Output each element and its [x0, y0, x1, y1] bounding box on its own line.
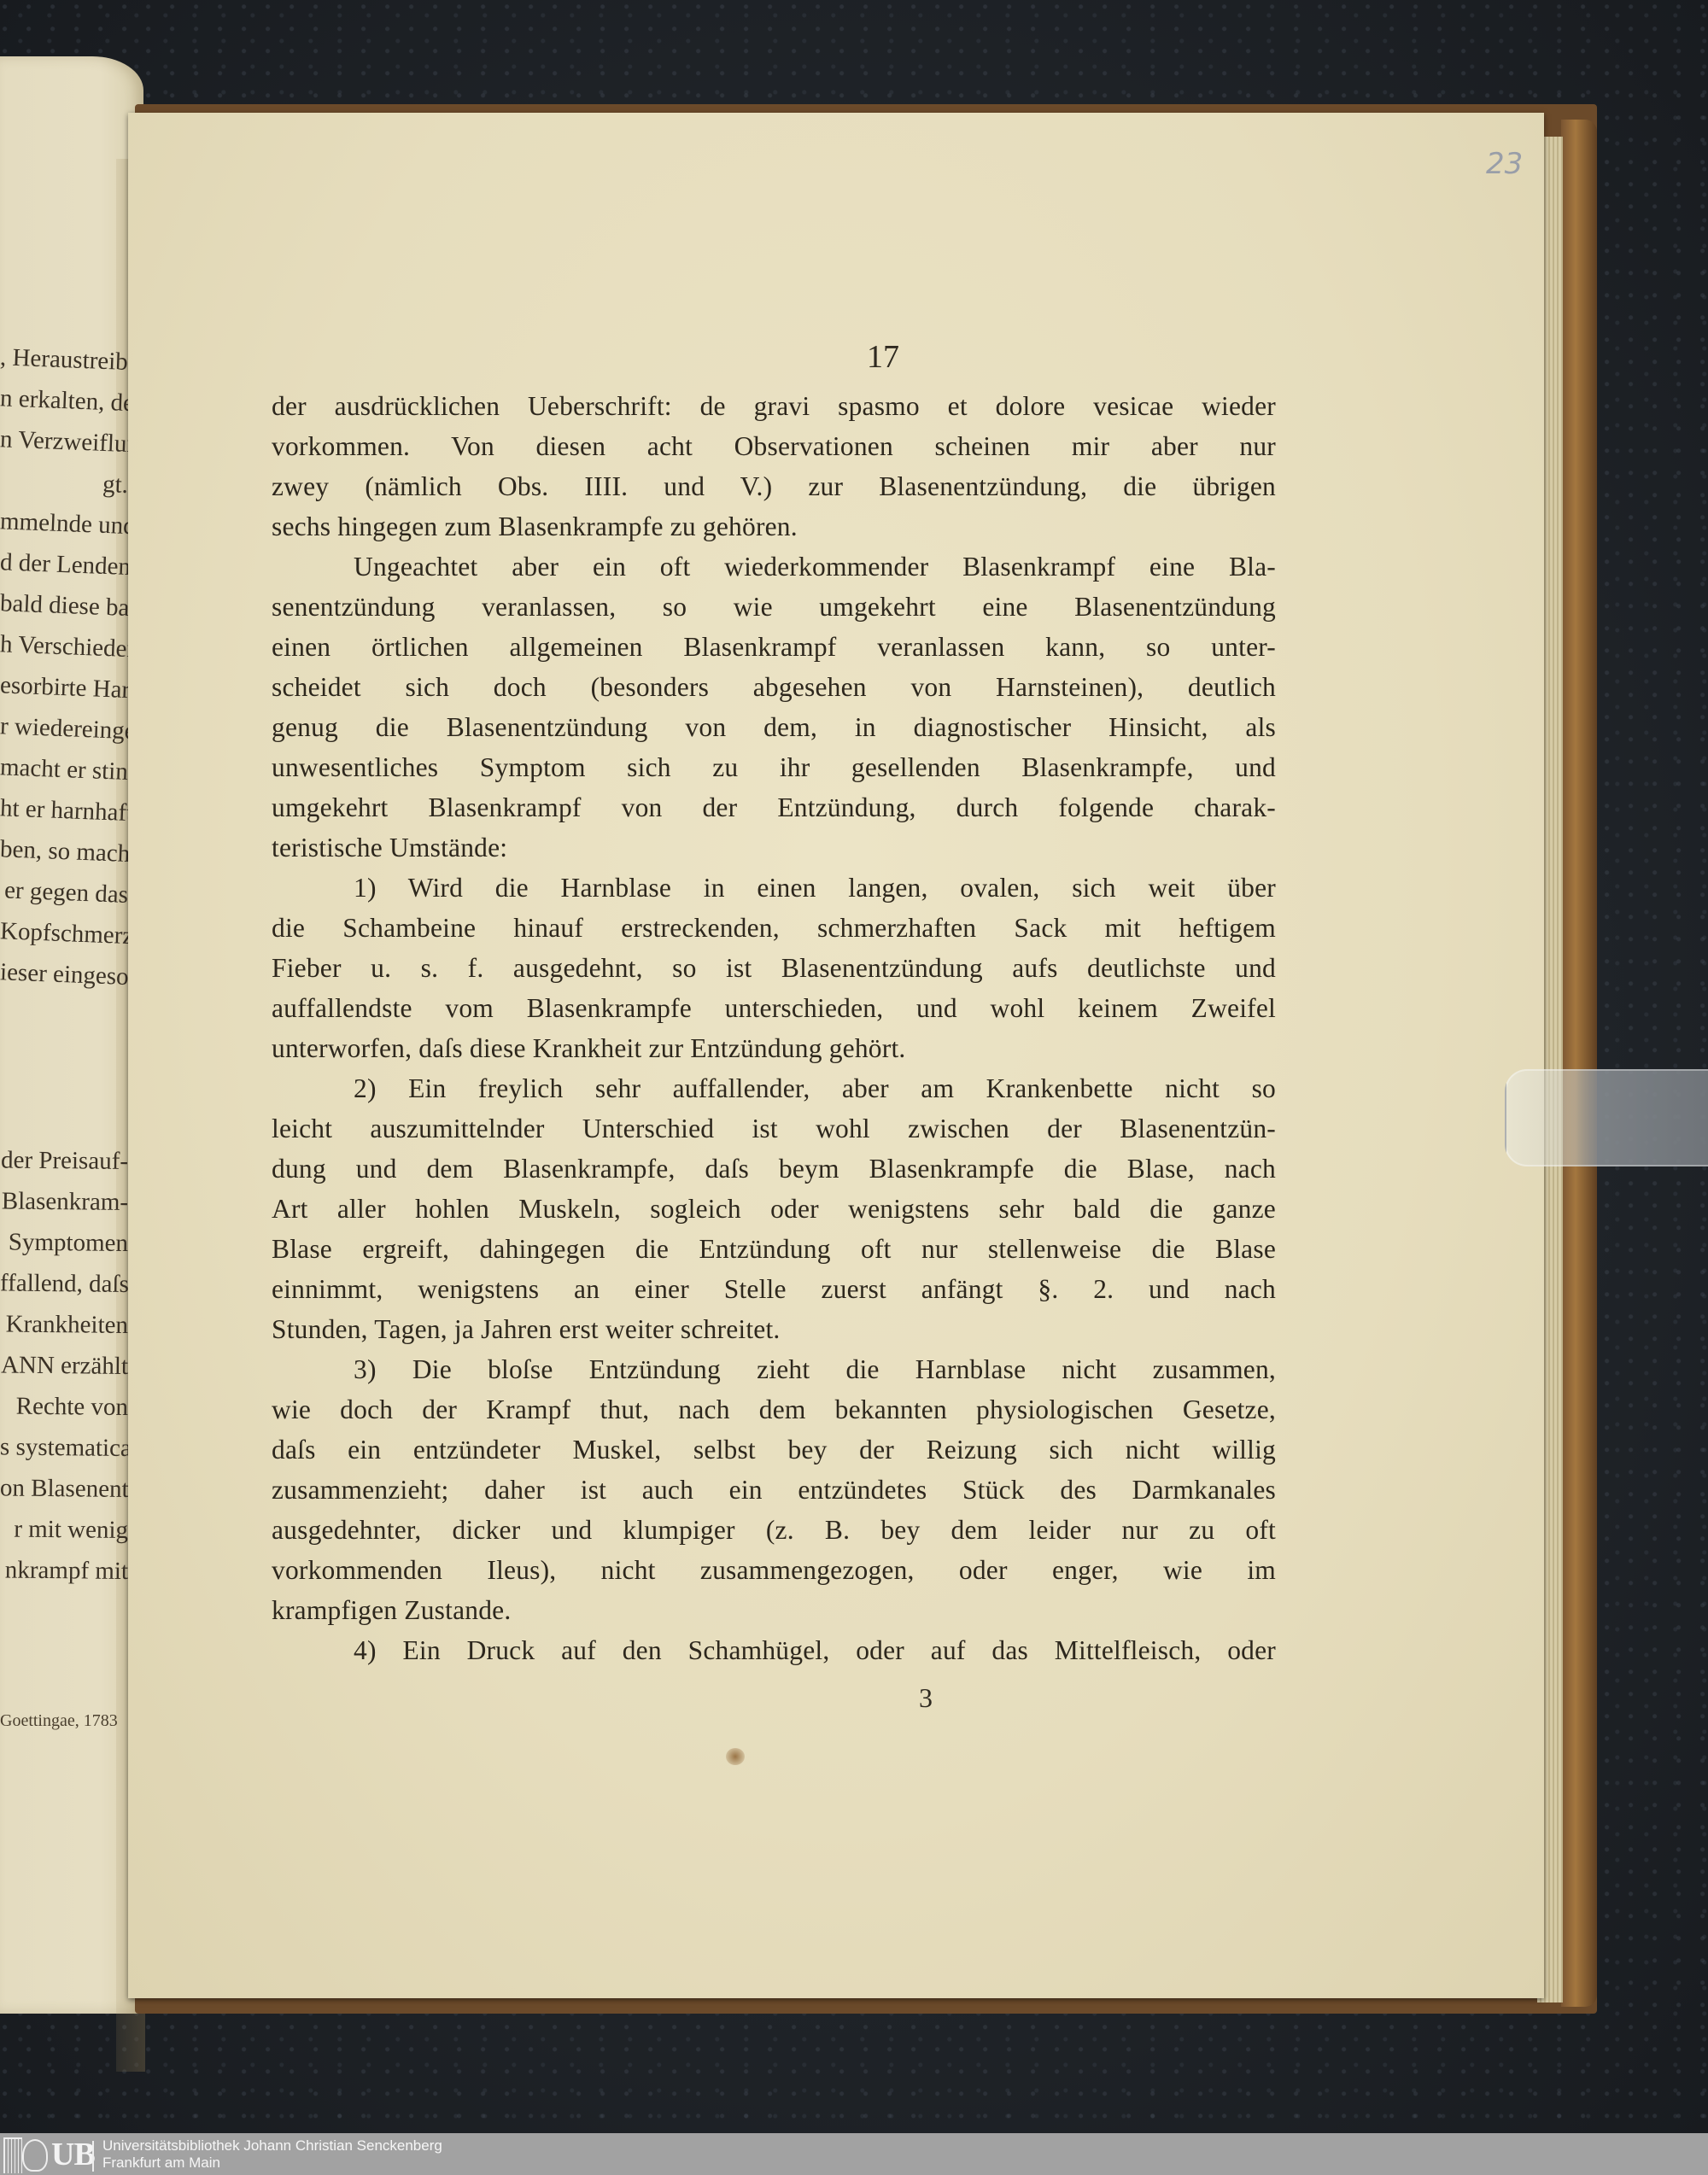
text-line: unwesentliches Symptom sich zu ihr gesel…: [272, 747, 1276, 787]
signature-mark: 3: [128, 1682, 1544, 1714]
text-line: Blase ergreift, dahingegen die Entzündun…: [272, 1229, 1276, 1269]
library-logo[interactable]: UB: [2, 2134, 97, 2174]
text-line: vorkommenden Ileus), nicht zusammengezog…: [272, 1550, 1276, 1590]
left-page-text-block-2: der Preisauf- Blasenkram- Symptomen ffal…: [0, 1141, 128, 1592]
left-line: ANN erzählt: [0, 1344, 128, 1387]
left-line: s systematica: [0, 1426, 128, 1469]
institution-line-1: Universitätsbibliothek Johann Christian …: [102, 2137, 442, 2155]
text-line: krampfigen Zustande.: [272, 1590, 1276, 1630]
left-line: Rechte von: [0, 1385, 128, 1428]
library-footer-bar: UB Universitätsbibliothek Johann Christi…: [0, 2133, 1708, 2175]
left-line: esorbirte Harn: [0, 664, 128, 710]
left-line: Symptomen: [0, 1221, 128, 1264]
paper-stain: [726, 1748, 745, 1765]
text-line: der ausdrücklichen Ueberschrift: de grav…: [272, 386, 1276, 426]
left-line: der Preisauf-: [0, 1141, 128, 1182]
text-line: dung und dem Blasenkrampfe, daſs beym Bl…: [272, 1149, 1276, 1189]
left-line: n erkalten, der: [0, 377, 128, 424]
paragraph: 3) Die bloſse Entzündung zieht die Harnb…: [272, 1349, 1276, 1630]
left-line: nkrampf mit: [0, 1549, 128, 1592]
text-line: einen örtlichen allgemeinen Blasenkrampf…: [272, 627, 1276, 667]
paragraph: Ungeachtet aber ein oft wiederkommender …: [272, 547, 1276, 868]
text-line: 4) Ein Druck auf den Schamhügel, oder au…: [272, 1630, 1276, 1670]
institution-line-2: Frankfurt am Main: [102, 2155, 442, 2172]
left-line: n Verzweiflung,: [0, 418, 128, 465]
text-line: vorkommen. Von diesen acht Observationen…: [272, 426, 1276, 466]
text-line: senentzündung veranlassen, so wie umgeke…: [272, 587, 1276, 627]
paragraph: der ausdrücklichen Ueberschrift: de grav…: [272, 386, 1276, 547]
text-line: 3) Die bloſse Entzündung zieht die Harnb…: [272, 1349, 1276, 1389]
text-line: sechs hingegen zum Blasenkrampfe zu gehö…: [272, 506, 1276, 547]
logo-divider: [92, 2141, 94, 2172]
left-line: d der Lenden: [0, 541, 128, 588]
book-icon: [3, 2137, 22, 2173]
text-line: Fieber u. s. f. ausgedehnt, so ist Blase…: [272, 948, 1276, 988]
text-line: unterworfen, daſs diese Krankheit zur En…: [272, 1028, 1276, 1068]
left-line: Krankheiten: [0, 1303, 128, 1346]
text-line: auffallendste vom Blasenkrampfe untersch…: [272, 988, 1276, 1028]
book-cover-edge: [1561, 120, 1597, 2007]
left-line: mmelnde und: [0, 500, 128, 547]
text-line: Ungeachtet aber ein oft wiederkommender …: [272, 547, 1276, 587]
left-line: on Blasenent-: [0, 1467, 128, 1510]
left-line: Kopfschmerz,: [0, 910, 128, 956]
left-line: gt.: [0, 459, 128, 506]
recto-page: 23 17 der ausdrücklichen Ueberschrift: d…: [128, 113, 1544, 1998]
text-line: leicht auszumittelnder Unterschied ist w…: [272, 1108, 1276, 1149]
left-page-footnote: Goettingae, 1783.: [0, 1711, 118, 1731]
paragraph: 1) Wird die Harnblase in einen langen, o…: [272, 868, 1276, 1068]
left-line: , Heraustreiben,: [0, 342, 128, 383]
text-line: scheidet sich doch (besonders abgesehen …: [272, 667, 1276, 707]
left-line: r mit wenig: [0, 1508, 128, 1551]
left-line: Blasenkram-: [0, 1180, 128, 1223]
left-line: h Verschieden-: [0, 623, 128, 669]
text-line: zwey (nämlich Obs. IIII. und V.) zur Bla…: [272, 466, 1276, 506]
text-line: zusammenzieht; daher ist auch ein entzün…: [272, 1470, 1276, 1510]
text-line: ausgedehnter, dicker und klumpiger (z. B…: [272, 1510, 1276, 1550]
left-line: macht er stin-: [0, 746, 128, 792]
left-line: er gegen das: [0, 869, 128, 915]
paragraph: 4) Ein Druck auf den Schamhügel, oder au…: [272, 1630, 1276, 1670]
text-line: Stunden, Tagen, ja Jahren erst weiter sc…: [272, 1309, 1276, 1349]
left-line: ieser eingeso-: [0, 951, 128, 997]
page-holder-clip: [1505, 1069, 1708, 1166]
text-line: 1) Wird die Harnblase in einen langen, o…: [272, 868, 1276, 908]
logo-text: UB: [51, 2136, 95, 2173]
text-line: Art aller hohlen Muskeln, sogleich oder …: [272, 1189, 1276, 1229]
pencil-folio-number: 23: [1486, 147, 1523, 181]
page-body-text: der ausdrücklichen Ueberschrift: de grav…: [272, 386, 1276, 1670]
text-line: einnimmt, wenigstens an einer Stelle zue…: [272, 1269, 1276, 1309]
text-line: genug die Blasenentzündung von dem, in d…: [272, 707, 1276, 747]
left-page: , Heraustreiben, n erkalten, der n Verzw…: [0, 56, 143, 2014]
left-line: r wiedereinge-: [0, 705, 128, 751]
portrait-icon: [22, 2139, 48, 2172]
left-line: ffallend, daſs: [0, 1262, 128, 1305]
left-line: ben, so macht: [0, 828, 128, 874]
left-page-text-block-1: , Heraustreiben, n erkalten, der n Verzw…: [0, 342, 128, 997]
text-line: teristische Umstände:: [272, 827, 1276, 868]
text-line: wie doch der Krampf thut, nach dem bekan…: [272, 1389, 1276, 1430]
text-line: daſs ein entzündeter Muskel, selbst bey …: [272, 1430, 1276, 1470]
page-number: 17: [128, 338, 1544, 376]
left-line: ht er harnhaft: [0, 787, 128, 833]
paragraph: 2) Ein freylich sehr auffallender, aber …: [272, 1068, 1276, 1349]
text-line: 2) Ein freylich sehr auffallender, aber …: [272, 1068, 1276, 1108]
institution-name: Universitätsbibliothek Johann Christian …: [102, 2137, 442, 2172]
text-line: umgekehrt Blasenkrampf von der Entzündun…: [272, 787, 1276, 827]
text-line: die Schambeine hinauf erstreckenden, sch…: [272, 908, 1276, 948]
left-line: bald diese bald: [0, 582, 128, 629]
